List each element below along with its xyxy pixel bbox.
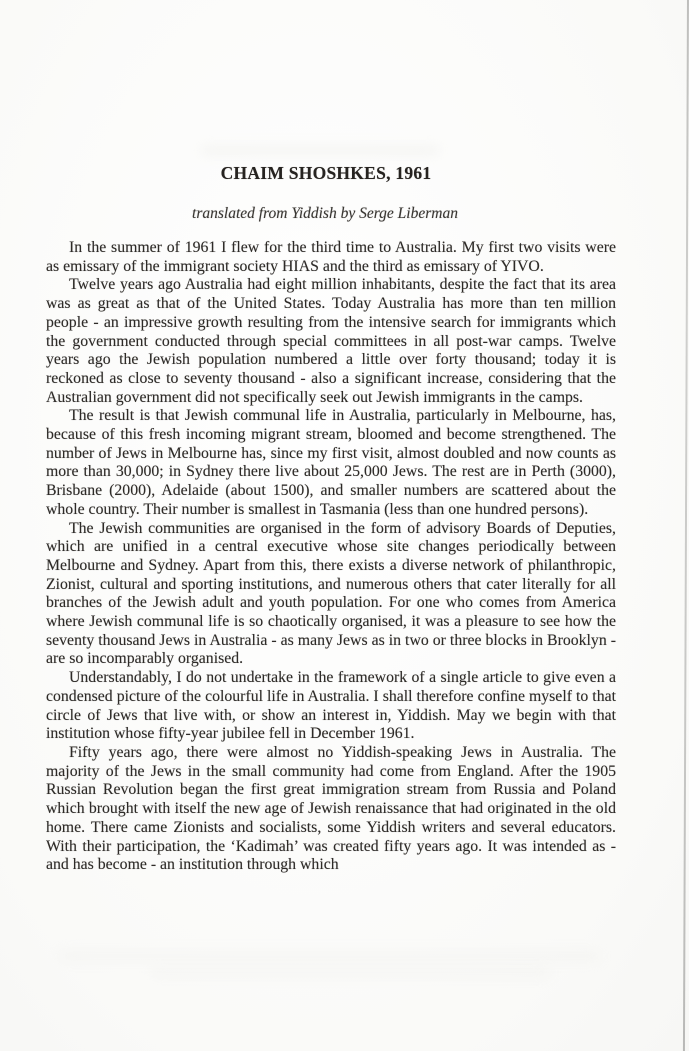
show-through-smudge	[150, 968, 550, 977]
translation-credit: translated from Yiddish by Serge Liberma…	[46, 205, 604, 223]
scanned-document-page: CHAIM SHOSHKES, 1961 translated from Yid…	[0, 0, 700, 1051]
page-edge-highlight	[689, 0, 700, 1051]
show-through-smudge	[60, 952, 600, 960]
show-through-smudge	[200, 146, 440, 155]
paragraph: Twelve years ago Australia had eight mil…	[46, 276, 616, 407]
paragraph: The result is that Jewish communal life …	[46, 407, 616, 519]
paragraph: In the summer of 1961 I flew for the thi…	[46, 239, 616, 276]
paragraph: Understandably, I do not undertake in th…	[46, 669, 616, 744]
paragraph: The Jewish communities are organised in …	[46, 520, 616, 670]
article-body: In the summer of 1961 I flew for the thi…	[46, 239, 616, 875]
paragraph: Fifty years ago, there were almost no Yi…	[46, 744, 616, 875]
page-edge-line	[683, 0, 689, 1051]
text-column: CHAIM SHOSHKES, 1961 translated from Yid…	[46, 163, 616, 875]
page-title: CHAIM SHOSHKES, 1961	[46, 163, 606, 184]
